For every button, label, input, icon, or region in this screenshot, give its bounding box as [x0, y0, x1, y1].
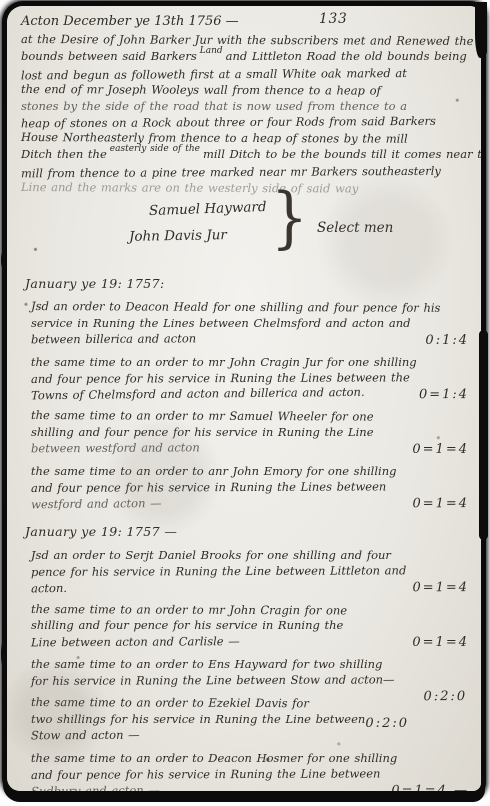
order-entry: Jsd an order to Deacon Heald for one shi… — [31, 300, 473, 347]
entry-line: shilling and four pence for his service … — [31, 618, 473, 634]
record-line: stones by the side of the road that is n… — [21, 98, 473, 114]
interlinear-insert: Land — [200, 43, 223, 59]
order-entry: the same time to an order to anr John Em… — [31, 463, 473, 511]
amount: 0=1=4 — [412, 635, 469, 650]
amount: 0:1:4 — [425, 333, 469, 348]
record-line: at the Desire of John Barker Jur with th… — [21, 31, 473, 49]
record-line: the end of mr Joseph Wooleys wall from t… — [21, 81, 473, 99]
amount: 0=1=4 — — [391, 782, 469, 791]
scan-edge-artifact — [2, 296, 7, 307]
record-text: bounds between said Barkers — [21, 49, 197, 63]
record-line: Line and the marks are on the westerly s… — [21, 179, 473, 197]
order-entry: the same time to an order to Deacon Hosm… — [31, 750, 473, 791]
scan-edge-artifact — [479, 330, 488, 540]
page-content: Acton December ye 13th 1756 — 133 at the… — [21, 10, 473, 791]
order-entry: the same time to an order to Ens Hayward… — [31, 656, 473, 689]
entry-line: the same time to an order to Deacon Hosm… — [31, 751, 473, 767]
scan-edge-artifact — [1, 250, 7, 270]
order-entry: the same time to an order to mr John Cra… — [31, 603, 473, 650]
page-header: Acton December ye 13th 1756 — 133 — [21, 10, 473, 29]
entry-line: Jsd an order to Deacon Heald for one shi… — [31, 299, 473, 316]
scan-edge-artifact — [475, 2, 487, 58]
entry-line: the same time to an order to mr John Cra… — [31, 602, 473, 619]
amount: 0=1=4 — [412, 580, 469, 595]
date-heading: January ye 19: 1757 — — [25, 524, 473, 540]
date-heading: January ye 19: 1757: — [25, 276, 473, 292]
entry-line: the same time to an order to Ens Hayward… — [31, 657, 473, 673]
entry-line: service in Runing the Lines between Chel… — [31, 316, 473, 332]
amount: 0=1=4 — [412, 495, 469, 510]
entry-line: the same time to an order to anr John Em… — [31, 464, 473, 480]
record-line: Ditch then theeasterly side of themill D… — [21, 146, 473, 164]
order-entry: Jsd an order to Serjt Daniel Brooks for … — [31, 547, 473, 595]
entry-line: the same time to an order to mr John Cra… — [31, 355, 473, 371]
entry-line: the same time to an order to mr Samuel W… — [31, 408, 473, 425]
order-entry: the same time to an order to Ezekiel Dav… — [31, 696, 473, 743]
page-number: 133 — [319, 11, 348, 27]
entry-line: Line between acton and Carlisle — — [31, 632, 473, 650]
amount: 0=1=4 — [412, 442, 469, 457]
entry-line: Jsd an order to Serjt Daniel Brooks for … — [31, 548, 473, 564]
signature-name: John Davis Jur — [129, 227, 227, 245]
order-entry: the same time to an order to mr Samuel W… — [31, 409, 473, 456]
interlinear-insert: easterly side of the — [110, 141, 200, 157]
scan-edge-artifact — [1, 640, 7, 668]
entry-line: between westford and acton — [31, 439, 473, 457]
record-text: mill Ditch to be the bounds till it come… — [203, 147, 481, 161]
manuscript-scan: Acton December ye 13th 1756 — 133 at the… — [0, 0, 490, 806]
order-entry: the same time to an order to mr John Cra… — [31, 354, 473, 402]
entry-line: acton. — [31, 577, 473, 597]
amount: 0:2:0 — [365, 716, 409, 731]
entry-line: shilling and four pence for his service … — [31, 425, 473, 441]
entry-line: the same time to an order to Ezekiel Dav… — [31, 695, 473, 712]
entry-line: between billerica and acton — [31, 330, 473, 348]
date-place-heading: Acton December ye 13th 1756 — — [21, 14, 239, 29]
selectmen-label: Select men — [317, 220, 393, 236]
record-line: House Northeasterly from thence to a hea… — [21, 129, 473, 147]
signature-block: Samuel Hayward John Davis Jur } Select m… — [21, 200, 473, 256]
selectmen-brace: } — [271, 184, 308, 251]
record-text: and Littleton Road the old bounds being — [226, 49, 467, 63]
entry-line: for his service in Runing the Line betwe… — [31, 672, 473, 689]
amount: 0=1:4 — [419, 386, 469, 401]
record-line: bounds between said BarkersLandand Littl… — [21, 48, 473, 66]
signature-name: Samuel Hayward — [149, 199, 267, 219]
record-text: Ditch then the — [21, 147, 107, 161]
manuscript-page: Acton December ye 13th 1756 — 133 at the… — [7, 6, 481, 791]
boundary-record-paragraph: at the Desire of John Barker Jur with th… — [21, 32, 473, 196]
